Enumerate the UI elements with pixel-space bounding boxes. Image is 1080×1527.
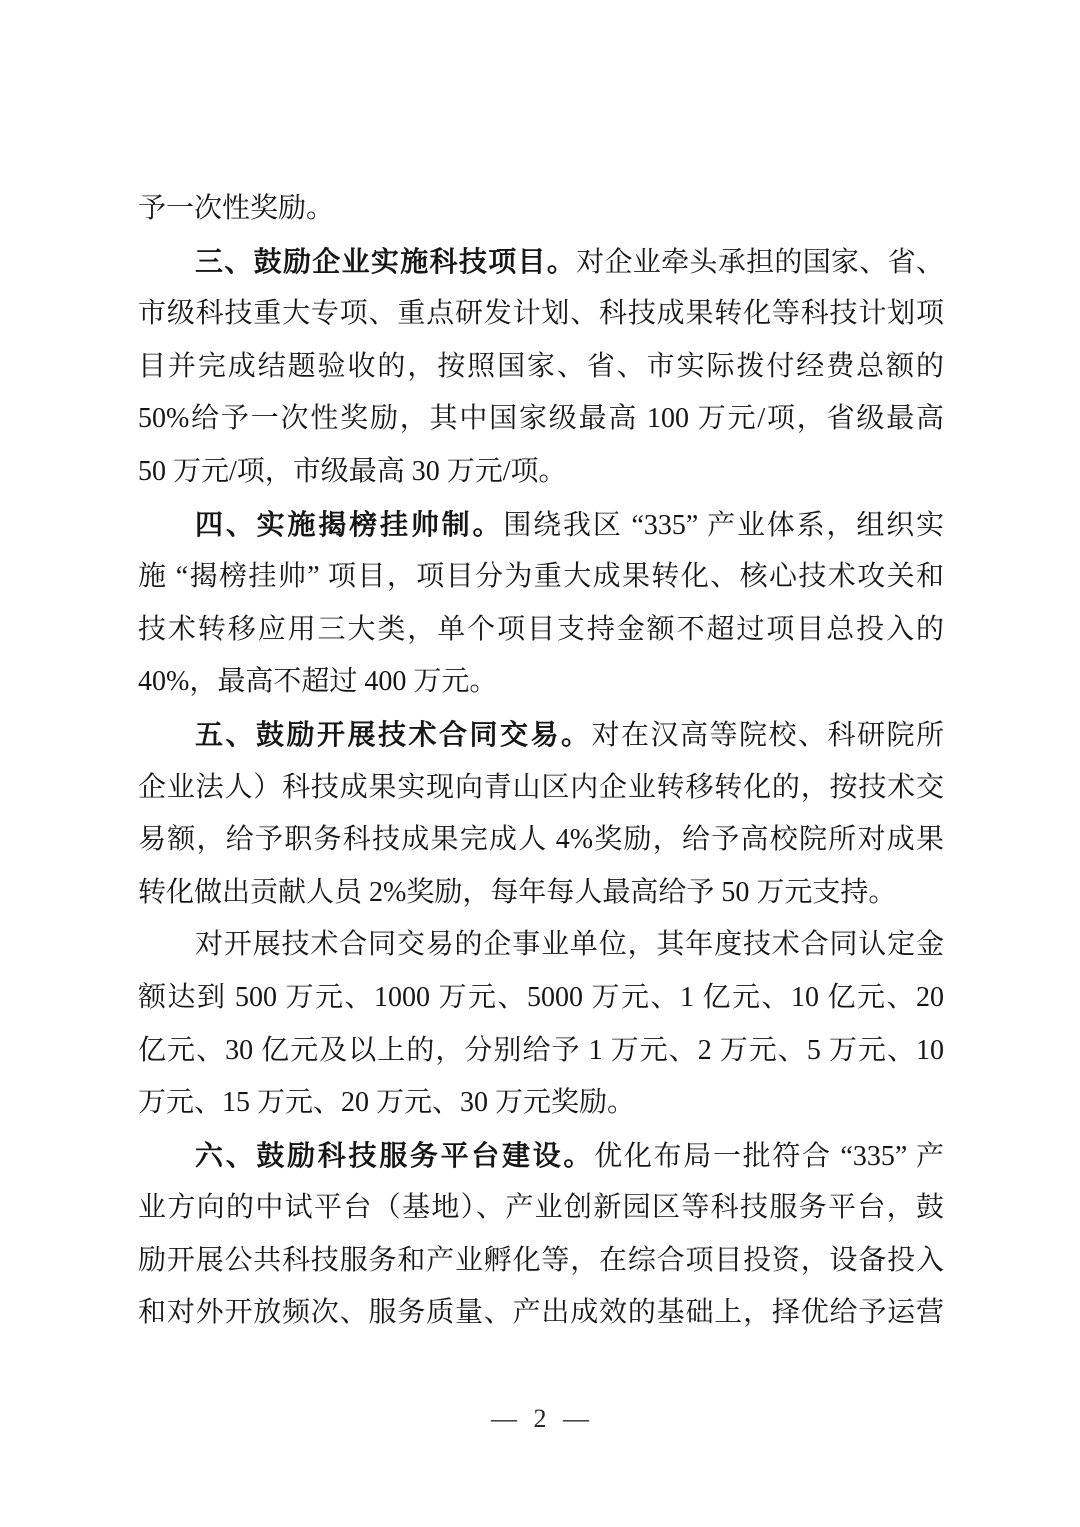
line-text: 亿元、30 亿元及以上的，分别给予 1 万元、2 万元、5 万元、10 (138, 1035, 944, 1066)
line-text: 对企业牵头承担的国家、省、 (576, 247, 944, 278)
text-line: 业方向的中试平台（基地）、产业创新园区等科技服务平台，鼓 (138, 1182, 944, 1235)
text-line: 亿元、30 亿元及以上的，分别给予 1 万元、2 万元、5 万元、10 (138, 1025, 944, 1078)
text-line: 三、鼓励企业实施科技项目。对企业牵头承担的国家、省、 (138, 236, 944, 289)
text-line: 50 万元/项，市级最高 30 万元/项。 (138, 446, 944, 499)
line-text: 企业法人）科技成果实现向青山区内企业转移转化的，按技术交 (138, 772, 944, 803)
section-heading: 六、鼓励科技服务平台建设。 (195, 1140, 594, 1171)
line-text: 和对外开放频次、服务质量、产出成效的基础上，择优给予运营 (138, 1297, 944, 1328)
line-text: 围绕我区 “335” 产业体系，组织实 (503, 510, 944, 541)
text-line: 施 “揭榜挂帅” 项目，项目分为重大成果转化、核心技术攻关和 (138, 551, 944, 604)
text-line: 目并完成结题验收的，按照国家、省、市实际拨付经费总额的 (138, 341, 944, 394)
text-line: 额达到 500 万元、1000 万元、5000 万元、1 亿元、10 亿元、20 (138, 972, 944, 1025)
section-heading: 四、实施揭榜挂帅制。 (195, 509, 503, 540)
page-footer: — 2 — (0, 1404, 1080, 1434)
text-line: 技术转移应用三大类，单个项目支持金额不超过项目总投入的 (138, 604, 944, 657)
line-text: 易额，给予职务科技成果完成人 4%奖励，给予高校院所对成果 (138, 824, 944, 855)
line-text: 业方向的中试平台（基地）、产业创新园区等科技服务平台，鼓 (138, 1192, 944, 1223)
text-line: 企业法人）科技成果实现向青山区内企业转移转化的，按技术交 (138, 762, 944, 815)
line-text: 市级科技重大专项、重点研发计划、科技成果转化等科技计划项 (138, 298, 944, 329)
document-page: 予一次性奖励。 三、鼓励企业实施科技项目。对企业牵头承担的国家、省、 市级科技重… (0, 0, 1080, 1527)
text-line: 五、鼓励开展技术合同交易。对在汉高等院校、科研院所（非 (138, 709, 944, 762)
line-text: 目并完成结题验收的，按照国家、省、市实际拨付经费总额的 (138, 351, 944, 382)
page-number: — 2 — (491, 1404, 589, 1433)
line-text: 50 万元/项，市级最高 30 万元/项。 (138, 456, 567, 487)
text-line: 易额，给予职务科技成果完成人 4%奖励，给予高校院所对成果 (138, 814, 944, 867)
line-text: 励开展公共科技服务和产业孵化等，在综合项目投资，设备投入 (138, 1245, 944, 1276)
text-line: 四、实施揭榜挂帅制。围绕我区 “335” 产业体系，组织实 (138, 499, 944, 552)
line-text: 施 “揭榜挂帅” 项目，项目分为重大成果转化、核心技术攻关和 (138, 561, 944, 592)
line-text: 优化布局一批符合 “335” 产 (594, 1141, 944, 1172)
section-heading: 三、鼓励企业实施科技项目。 (195, 246, 576, 277)
text-line: 转化做出贡献人员 2%奖励，每年每人最高给予 50 万元支持。 (138, 867, 944, 920)
line-text: 对开展技术合同交易的企事业单位，其年度技术合同认定金 (195, 929, 944, 960)
line-text: 予一次性奖励。 (138, 193, 334, 224)
line-text: 万元、15 万元、20 万元、30 万元奖励。 (138, 1087, 635, 1118)
text-line: 予一次性奖励。 (138, 183, 944, 236)
text-line: 市级科技重大专项、重点研发计划、科技成果转化等科技计划项 (138, 288, 944, 341)
section-heading: 五、鼓励开展技术合同交易。 (195, 719, 592, 750)
text-line: 和对外开放频次、服务质量、产出成效的基础上，择优给予运营 (138, 1287, 944, 1340)
line-text: 转化做出贡献人员 2%奖励，每年每人最高给予 50 万元支持。 (138, 877, 896, 908)
text-line: 励开展公共科技服务和产业孵化等，在综合项目投资，设备投入 (138, 1235, 944, 1288)
line-text: 40%，最高不超过 400 万元。 (138, 666, 497, 697)
text-line: 万元、15 万元、20 万元、30 万元奖励。 (138, 1077, 944, 1130)
line-text: 额达到 500 万元、1000 万元、5000 万元、1 亿元、10 亿元、20 (138, 982, 944, 1013)
line-text: 技术转移应用三大类，单个项目支持金额不超过项目总投入的 (138, 614, 944, 645)
text-line: 对开展技术合同交易的企事业单位，其年度技术合同认定金 (138, 919, 944, 972)
document-body: 予一次性奖励。 三、鼓励企业实施科技项目。对企业牵头承担的国家、省、 市级科技重… (138, 183, 944, 1340)
text-line: 40%，最高不超过 400 万元。 (138, 656, 944, 709)
text-line: 六、鼓励科技服务平台建设。优化布局一批符合 “335” 产 (138, 1130, 944, 1183)
text-line: 50%给予一次性奖励，其中国家级最高 100 万元/项，省级最高 (138, 393, 944, 446)
line-text: 50%给予一次性奖励，其中国家级最高 100 万元/项，省级最高 (138, 403, 944, 434)
